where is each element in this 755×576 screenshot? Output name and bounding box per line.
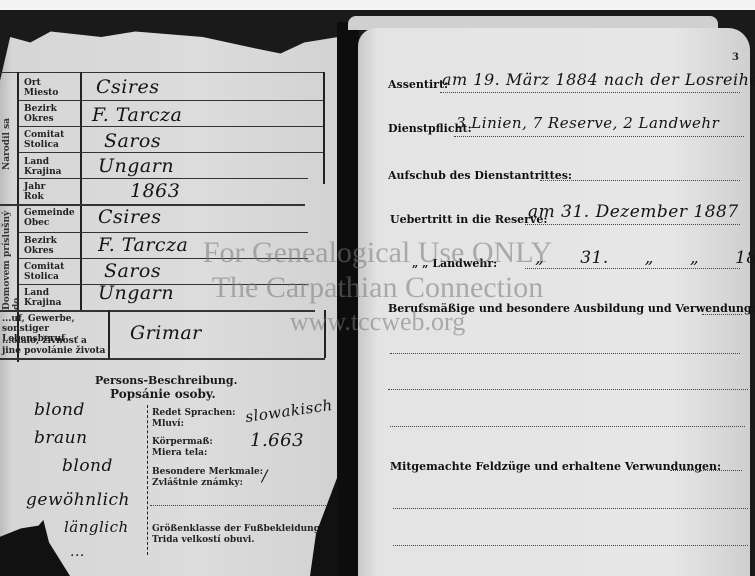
- label-de: Land: [24, 157, 49, 167]
- label-sk: Krajina: [24, 167, 61, 177]
- languages-label-de: Redet Sprachen:: [152, 408, 236, 418]
- description-title-de: Persons-Beschreibung.: [95, 374, 237, 387]
- label-de: Land: [24, 288, 49, 298]
- birth-section-label: Narodil sa: [2, 100, 12, 170]
- table-right-border: [323, 72, 325, 184]
- blank-line: [390, 353, 740, 354]
- handwritten-value: F. Tarcza: [98, 234, 188, 256]
- domicile-section-label: Domovem príslušný do: [2, 200, 22, 310]
- height-label-sk: Miera tela:: [152, 448, 207, 458]
- shoe-size-label-sk: Trida velkostí obuvi.: [152, 535, 254, 545]
- label-de: Comitat: [24, 262, 64, 272]
- shoe-size-label-de: Größenklasse der Fußbekleidung:: [152, 524, 323, 534]
- label-de: Gemeinde: [24, 208, 75, 218]
- handwritten-value: Ungarn: [98, 282, 174, 304]
- blank-line: [388, 389, 748, 390]
- description-eyebrows: blond: [62, 456, 113, 476]
- handwritten-value: Saros: [104, 260, 161, 282]
- page-number: 3: [732, 52, 739, 63]
- handwritten-value: Csires: [98, 206, 161, 228]
- field-line: [540, 180, 740, 181]
- handwritten-value: Saros: [104, 130, 161, 152]
- field-line: [525, 224, 740, 225]
- label-de: Ort: [24, 78, 41, 88]
- label-sk: Miesto: [24, 88, 58, 98]
- book-spine: [337, 22, 359, 576]
- landwehr-label: „ „ Landwehr:: [412, 257, 497, 270]
- reserve-value: am 31. Dezember 1887: [528, 202, 739, 222]
- label-sk: Okres: [24, 114, 54, 124]
- label-sk: Krajina: [24, 298, 61, 308]
- row-line: [18, 258, 308, 259]
- label-de: Bezirk: [24, 104, 57, 114]
- occupation-right-border: [324, 310, 326, 358]
- occupation-label-sk: ...olalo, živnosť a jiné povolánie život…: [2, 336, 106, 356]
- label-sk: Rok: [24, 192, 44, 202]
- handwritten-value: 1863: [130, 180, 180, 202]
- field-line: [525, 268, 740, 269]
- handwritten-value: F. Tarcza: [92, 104, 182, 126]
- dienstpflicht-value: 3 Linien, 7 Reserve, 2 Landwehr: [456, 114, 719, 132]
- row-line: [18, 152, 323, 153]
- field-line: [440, 92, 740, 93]
- label-de: Jahr: [24, 182, 45, 192]
- reserve-label: Uebertritt in die Reserve:: [390, 213, 547, 226]
- field-line: [454, 136, 744, 137]
- occupation-value: Grimar: [130, 322, 202, 344]
- row-line: [18, 178, 308, 179]
- label-divider: [80, 72, 82, 310]
- description-mouth: ...: [70, 544, 85, 560]
- label-sk: Obec: [24, 218, 49, 228]
- blank-line: [393, 545, 748, 546]
- table-top-border: [0, 72, 325, 73]
- label-de: Comitat: [24, 130, 64, 140]
- section-line: [0, 310, 315, 312]
- field-line: [670, 470, 742, 471]
- features-value: /: [262, 466, 268, 485]
- section-line: [0, 358, 325, 360]
- field-line: [702, 314, 742, 315]
- row-line: [18, 100, 323, 101]
- label-sk: Stolica: [24, 272, 59, 282]
- height-value: 1.663: [250, 430, 304, 451]
- features-label-sk: Zvláštnie známky:: [152, 478, 243, 488]
- handwritten-value: Ungarn: [98, 155, 174, 177]
- features-label-de: Besondere Merkmale:: [152, 467, 263, 477]
- blank-line: [390, 426, 745, 427]
- label-sk: Stolica: [24, 140, 59, 150]
- description-face: gewöhnlich: [26, 490, 130, 510]
- label-de: Bezirk: [24, 236, 57, 246]
- top-margin: [0, 0, 755, 10]
- assentirt-value: am 19. März 1884 nach der Losreihe: [442, 70, 755, 89]
- training-label: Berufsmäßige und besondere Ausbildung un…: [388, 302, 755, 315]
- description-eyes: braun: [34, 428, 88, 448]
- landwehr-value: „ 31. „ „ 1894: [535, 248, 755, 268]
- label-sk: Okres: [24, 246, 54, 256]
- handwritten-value: Csires: [96, 76, 159, 98]
- languages-label-sk: Mluví:: [152, 419, 184, 429]
- description-title-sk: Popsánie osoby.: [110, 387, 216, 401]
- row-line: [18, 232, 308, 233]
- campaigns-label: Mitgemachte Feldzüge und erhaltene Verwu…: [390, 460, 721, 473]
- blank-line: [393, 508, 748, 509]
- description-hair: blond: [34, 400, 85, 420]
- description-divider: [147, 405, 148, 555]
- occupation-divider: [108, 310, 110, 358]
- description-nose: länglich: [64, 518, 129, 536]
- assentirt-label: Assentirt:: [388, 78, 448, 91]
- blank-line: [150, 505, 330, 506]
- height-label-de: Körpermaß:: [152, 437, 213, 447]
- row-line: [18, 126, 323, 127]
